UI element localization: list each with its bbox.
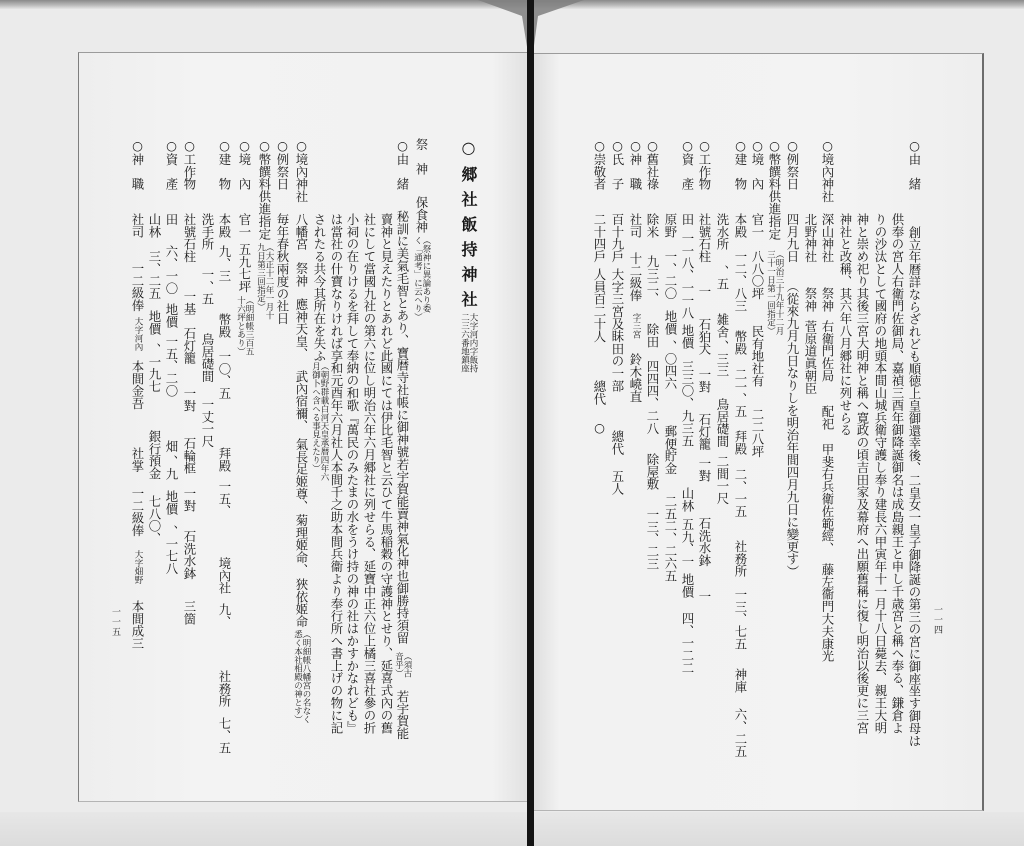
asset-type: 畑	[165, 440, 178, 452]
subsidiary-shrine-row: 北野神社 祭神 菅原道眞朝臣	[804, 0, 817, 846]
structure-name: 石洗水鉢	[183, 530, 196, 580]
deity-label: 祭神	[821, 287, 834, 312]
shrine-name: 深山神社	[821, 213, 834, 263]
note-line: 悉く本社相殿の神とす）	[293, 630, 302, 724]
building-name: 社務所	[734, 540, 747, 577]
page-number-right: 一一四	[932, 605, 942, 635]
history-line: 供奉の宮人右衛門佐御局、嘉禎三酉年御降誕御名は成島親王と申し千歳宮と稱へ奉る、鎌…	[891, 213, 904, 734]
field-label-assets: ○資 產	[681, 138, 694, 190]
field-label-history: ○由 緒	[908, 138, 921, 190]
structure-name: 石輪框	[183, 437, 196, 474]
representatives-label: 總代	[611, 430, 624, 455]
history-note: （朝野群載白河天皇承暦四年六 月御卜へ含へる事見えたり）	[311, 362, 328, 481]
field-label-festival-day: ○例祭日	[786, 138, 799, 190]
building-area: 六、二五	[734, 708, 747, 758]
history-line: 小祠の在りけるを拜して奉納の和歌『萬民のみたまの水をうけ持の神の社はかすかなれど…	[346, 213, 359, 734]
precincts-row: ○境 內 官一 五九七坪 （明細帳三百五 十六坪とあり）	[238, 0, 251, 846]
field-label-precincts: ○境 內	[751, 138, 764, 190]
building-area: 七、五	[218, 717, 231, 754]
history-column: ○由 緒 秘訓に美氣毛智とあり、寶暦寺社帳に御神號若宇賀能賣神氣化神也御勝持須留…	[396, 0, 409, 846]
history-column: 神と崇め祀り其後三宮大明神と稱へ寛政の頃吉田家及幕府へ出願舊稱に復し明治以後更に…	[856, 0, 869, 846]
shrine-title: ○郷社飯持神社	[459, 138, 477, 316]
parish-area: 大字三宮及眛田の一部	[611, 268, 624, 392]
structure-name: 石狛犬	[698, 318, 711, 355]
building-name: 鳥居礎間	[201, 333, 214, 383]
structure-name: 社號石柱	[698, 213, 711, 263]
field-label-assets: ○資 產	[165, 138, 178, 190]
building-area: 九、三	[218, 245, 231, 282]
asset-type: 地價	[681, 324, 694, 349]
asset-type: 山林	[148, 213, 161, 238]
representatives-label: 總代	[593, 380, 606, 405]
festival-date: 四月九日	[786, 213, 799, 263]
structure-name: 石洗水鉢	[698, 517, 711, 567]
land-area: 八八〇坪	[751, 250, 764, 300]
asset-value: 六、一〇	[165, 245, 178, 295]
priest-residence: 大字畑野	[133, 550, 142, 584]
stipend-type: 除田	[646, 323, 659, 348]
building-area: 一〇、五	[218, 350, 231, 400]
co-deity-name: 藤左衞門大夫康光	[821, 563, 834, 662]
structures-row: ○工作物 社號石柱 一 石狛犬 一對 石灯籠 一對 石洗水鉢 一	[698, 0, 711, 846]
history-column: ○由 緒 創立年暦詳ならざれども順徳上皇御還幸後、二皇女一皇子御降誕の第三の宮に…	[908, 0, 921, 846]
representatives-count: ○	[593, 420, 606, 435]
book-spine	[527, 0, 534, 846]
building-name: 境內社	[218, 557, 231, 594]
building-name: 幣殿	[734, 330, 747, 355]
priests-row: ○神 職 社司 一二級俸 大字河內 本間金吾 社掌 一二級俸 大字畑野 本間成三	[131, 0, 144, 846]
field-label-precincts: ○境 內	[238, 138, 251, 190]
history-column: は當社の什寶なりければ享和元酉年六月社人本間千之助本間兵衞より奉行所へ書上げの物…	[330, 0, 343, 846]
deity-label: 祭神	[804, 287, 817, 312]
history-column: 社にして當國九社の第六に位し明治六年六月郷社に列せらる、延寶中正六位上橘三喜社參…	[363, 0, 376, 846]
structure-name: 社號石柱	[183, 213, 196, 263]
structure-count: 一對	[183, 487, 196, 512]
building-name: 拜殿	[734, 430, 747, 455]
field-label-priests: ○神 職	[629, 138, 642, 190]
building-area: 九、	[218, 603, 231, 628]
field-label-subsidiary-shrines: ○境內神社	[295, 138, 308, 203]
building-area: 二間一尺	[716, 455, 729, 505]
book-spread-scan: 一一四 ○由 緒 創立年暦詳ならざれども順徳上皇御還幸後、二皇女一皇子御降誕の第…	[0, 0, 1024, 846]
buildings-row: ○建 物 本殿 九、三 幣殿 一〇、五 拜殿 一五、 境內社 九、 社務所 七、…	[218, 0, 231, 846]
history-line: 神と崇め祀り其後三宮大明神と稱へ寛政の頃吉田家及幕府へ出願舊稱に復し明治以後更に…	[856, 213, 869, 734]
deity-name: 右衛門佐局	[821, 320, 834, 382]
building-area: 二、一五	[734, 468, 747, 518]
history-line: は當社の什寶なりければ享和元酉年六月社人本間千之助本間兵衞より奉行所へ書上げの物…	[330, 213, 343, 734]
asset-type: 山林	[681, 487, 694, 512]
assets-row: ○資 產 田 一一八、一一八 地價 三三〇、九三五 山林 五九、一 地價 四、一…	[681, 0, 694, 846]
deity-name: 菊理姬命、	[295, 514, 308, 576]
note-line: 十六坪とあり）	[236, 296, 245, 356]
field-label-structures: ○工作物	[698, 138, 711, 190]
stipend-value: 九三二、	[646, 255, 659, 305]
subsidiary-shrine-row: ○境內神社 八幡宮 祭神 應神天皇、 武內宿禰、 氣長足姬尊、 菊理姬命、 狹依…	[295, 0, 308, 846]
deity-name: 武內宿禰、	[295, 370, 308, 432]
history-column: りの沙汰として國府の地頭本間山城兵衛守護し奉り建長六甲寅年十一月十八日薨去、親王…	[874, 0, 887, 846]
offering-designation-row: ○幣饌料供進指定 （大正十二年一月十 九日第三回指定）	[258, 0, 271, 846]
priest-grade: 一二級俸	[131, 487, 144, 537]
land-type: 官一	[238, 213, 251, 238]
building-name: 洗手所	[201, 213, 214, 250]
land-type: 官一	[751, 213, 764, 238]
subsidiary-shrine-note: （明細帳八幡宮の名なく 悉く本社相殿の神とす）	[293, 630, 310, 724]
history-line: 賣神と見えたりとあれど此國にては伊比毛智と云ひて牛馬稲穀の守護神とせり、延喜式內…	[380, 213, 393, 734]
asset-value: 、〇四六	[664, 340, 677, 390]
building-area: 一三、七五	[734, 588, 747, 650]
buildings-row: ○建 物 本殿 一二、八三 幣殿 二一、五 拜殿 二、一五 社務所 一三、七五 …	[734, 0, 747, 846]
note-line: 二三六番地鎮座	[460, 313, 469, 373]
designation-note: （明治三十九年十二月 三十一日第一回指定）	[766, 250, 783, 335]
asset-type: 郵便貯金	[664, 425, 677, 475]
building-name: 幣殿	[218, 313, 231, 338]
building-area: 、五	[716, 265, 729, 290]
festival-date: 毎年春秋兩度の社日	[276, 213, 289, 325]
building-area: 一二、八三	[734, 250, 747, 312]
subsidiary-shrine-row: ○境內神社 深山神社 祭神 右衛門佐局 配祀 甲斐右兵衛佐範經、 藤左衞門大夫康…	[821, 0, 834, 846]
deity-name: 菅原道眞朝臣	[804, 320, 817, 394]
offering-designation-row: ○幣饌料供進指定 （明治三十九年十二月 三十一日第一回指定）	[768, 0, 781, 846]
land-area: 五九七坪	[238, 243, 251, 293]
page-number-left: 一一五	[110, 607, 120, 637]
deity-name: 應神天皇、	[295, 298, 308, 360]
building-name: 本殿	[218, 213, 231, 238]
field-label-deity: 祭 神	[415, 138, 428, 175]
member-count: 人員百二十人	[593, 268, 606, 342]
deity-name: 保食神	[415, 196, 428, 233]
co-deity-name: 甲斐右兵衛佐範經、	[821, 443, 834, 555]
asset-value: 一一八、一一八	[681, 232, 694, 319]
deity-label: 祭神	[295, 262, 308, 287]
history-line: されたる共今其所在を失ふ	[313, 213, 326, 362]
field-label-parishioners: ○氏 子	[611, 138, 624, 190]
history-column: 神社と改稱、其六年八月郷社に列せらる	[839, 0, 852, 846]
structure-count: 一對	[183, 387, 196, 412]
deity-row: 祭 神 保食神 （祭神に異論あり委 く「通考」に云へり）	[415, 0, 428, 846]
building-area: 二一、五	[734, 368, 747, 418]
history-column: 賣神と見えたりとあれど此國にては伊比毛智と云ひて牛馬稲穀の守護神とせり、延喜式內…	[380, 0, 393, 846]
field-label-worshippers: ○崇敬者	[593, 138, 606, 190]
asset-value: 一、二〇	[664, 250, 677, 300]
household-count: 二十四戶	[593, 213, 606, 263]
asset-value: 三、二五	[148, 250, 161, 300]
building-name: 神庫	[734, 668, 747, 693]
asset-type: 地價	[664, 310, 677, 335]
festival-note: （從來九月九日なりしを明治年間四月九日に變更す）	[786, 280, 799, 578]
note-line: く「通考」に云へり）	[413, 236, 422, 321]
asset-value: 七八〇、	[148, 495, 161, 545]
stipend-type: 除米	[646, 213, 659, 238]
shrine-name: 八幡宮	[295, 213, 308, 250]
structure-name: 石灯籠	[183, 327, 196, 364]
field-label-buildings: ○建 物	[218, 138, 231, 190]
asset-type: 地價	[148, 310, 161, 335]
history-line: 創立年暦詳ならざれども順徳上皇御還幸後、二皇女一皇子御降誕の第三の宮に御座坐す御…	[908, 226, 921, 747]
asset-value: 一五、二〇	[165, 335, 178, 397]
shrine-name: 北野神社	[804, 213, 817, 263]
festival-day-row: ○例祭日 四月九日 （從來九月九日なりしを明治年間四月九日に變更す）	[786, 0, 799, 846]
precincts-note: （明細帳三百五 十六坪とあり）	[236, 296, 253, 356]
building-name: 本殿	[734, 213, 747, 238]
field-label-structures: ○工作物	[183, 138, 196, 190]
field-label-buildings: ○建 物	[734, 138, 747, 190]
building-area: 、三三	[716, 340, 729, 377]
assets-row: 山林 三、二五 地價 、一九七 銀行預金 七八〇、	[148, 0, 161, 846]
note-line: 月御卜へ含へる事見えたり）	[311, 362, 320, 481]
structure-count: 一	[698, 285, 711, 297]
asset-value: 三三〇、九三五	[681, 360, 694, 447]
field-label-subsidiary-shrines: ○境內神社	[821, 138, 834, 203]
building-area: 一丈一尺	[201, 398, 214, 448]
building-name: 拜殿	[218, 447, 231, 472]
parishioners-row: ○氏 子 百十九戶 大字三宮及眛田の一部 總代 五人	[611, 0, 624, 846]
priest-name: 鈴木嶢直	[629, 353, 642, 403]
building-area: 一、五	[201, 268, 214, 305]
priest-title: 社司	[131, 213, 144, 238]
priest-residence: 字三宮	[631, 313, 640, 339]
asset-value: 、一九七	[148, 343, 161, 393]
worshippers-row: ○崇敬者 二十四戶 人員百二十人 總代 ○	[593, 0, 606, 846]
history-column: 小祠の在りけるを拜して奉納の和歌『萬民のみたまの水をうけ持の神の社はかすかなれど…	[346, 0, 359, 846]
deity-note: （祭神に異論あり委 く「通考」に云へり）	[413, 236, 430, 321]
priest-grade: 一二級俸	[131, 262, 144, 312]
stipend-value: 四四四、二八	[646, 360, 659, 434]
asset-type: 銀行預金	[148, 430, 161, 480]
asset-type: 田	[681, 213, 694, 225]
representatives-count: 五人	[611, 470, 624, 495]
assets-row: ○資 產 田 六、一〇 地價 一五、二〇 畑 、九 地價 、一七八	[165, 0, 178, 846]
building-name: 洗水所	[716, 213, 729, 250]
building-name: 鳥居礎間	[716, 398, 729, 448]
structure-count: 一	[698, 590, 711, 602]
history-line: りの沙汰として國府の地頭本間山城兵衛守護し奉り建長六甲寅年十一月十八日薨去、親王…	[874, 213, 887, 734]
stipend-type: 除屋敷	[646, 453, 659, 490]
deity-name: 狹依姬命	[295, 578, 308, 628]
priest-title: 社掌	[131, 447, 144, 472]
field-label-former-stipend: ○舊社祿	[646, 138, 659, 190]
note-line: 音乎）	[394, 652, 403, 678]
buildings-row: 洗水所 、五 雑舍 、三三 鳥居礎間 二間一尺	[716, 0, 729, 846]
field-label-offering-designation: ○幣饌料供進指定	[768, 138, 781, 240]
asset-type: 地價	[165, 490, 178, 515]
assets-row: 原野 一、二〇 地價 、〇四六 郵便貯金 二五二、二六五	[664, 0, 677, 846]
asset-value: 四、一二二	[681, 612, 694, 674]
deity-name: 氣長足姬尊、	[295, 438, 308, 512]
structure-count: 一對	[698, 457, 711, 482]
field-label-offering-designation: ○幣饌料供進指定	[258, 138, 271, 240]
asset-type: 地價	[165, 303, 178, 328]
priests-row: ○神 職 社司 十二級俸 字三宮 鈴木嶢直	[629, 0, 642, 846]
asset-type: 原野	[664, 213, 677, 238]
former-stipend-row: ○舊社祿 除米 九三二、 除田 四四四、二八 除屋敷 一三、二三	[646, 0, 659, 846]
note-line: 三十一日第一回指定）	[766, 250, 775, 335]
field-label-festival-day: ○例祭日	[276, 138, 289, 190]
history-line: 若宇賀能	[396, 690, 409, 740]
shrine-location-note: 大字河内字飯持 二三六番地鎮座	[460, 313, 477, 373]
building-name: 雑舍	[716, 313, 729, 338]
history-column: 供奉の宮人右衛門佐御局、嘉禎三酉年御降誕御名は成島親王と申し千歳宮と稱へ奉る、鎌…	[891, 0, 904, 846]
field-label-history: ○由 緒	[396, 138, 409, 190]
structures-row: ○工作物 社號石柱 一基 石灯籠 一對 石輪框 一對 石洗水鉢 三箇	[183, 0, 196, 846]
asset-value: 、一七八	[165, 525, 178, 575]
history-line: 社にして當國九社の第六に位し明治六年六月郷社に列せらる、延寶中正六位上橘三喜社參…	[363, 213, 376, 734]
festival-day-row: ○例祭日 毎年春秋兩度の社日	[276, 0, 289, 846]
asset-value: 二五二、二六五	[664, 495, 677, 582]
land-type: 民有地社有	[751, 325, 764, 387]
field-label-priests: ○神 職	[131, 138, 144, 190]
history-line: 秘訓に美氣毛智とあり、寶暦寺社帳に御神號若宇賀能賣神氣化神也御勝持須留	[396, 210, 409, 644]
history-line: 神社と改稱、其六年八月郷社に列せらる	[839, 213, 852, 436]
building-area: 一五、	[218, 480, 231, 517]
priest-residence: 大字河內	[133, 317, 142, 351]
structure-count: 一對	[698, 368, 711, 393]
history-note: （須古 音乎）	[394, 652, 411, 678]
precincts-row: ○境 內 官一 八八〇坪 民有地社有 二二八坪	[751, 0, 764, 846]
asset-type: 地價	[681, 573, 694, 598]
note-line: 九日第三回指定）	[256, 243, 265, 320]
land-area: 二二八坪	[751, 408, 764, 458]
structure-count: 一基	[183, 290, 196, 315]
asset-value: 五九、一	[681, 518, 694, 568]
building-name: 社務所	[218, 670, 231, 707]
structure-count: 三箇	[183, 600, 196, 625]
buildings-row: 洗手所 一、五 鳥居礎間 一丈一尺	[201, 0, 214, 846]
history-column: されたる共今其所在を失ふ （朝野群載白河天皇承暦四年六 月御卜へ含へる事見えたり…	[313, 0, 326, 846]
designation-note: （大正十二年一月十 九日第三回指定）	[256, 243, 273, 320]
household-count: 百十九戶	[611, 213, 624, 263]
priest-title: 社司	[629, 213, 642, 238]
structure-name: 石灯籠	[698, 413, 711, 450]
priest-name: 本間金吾	[131, 360, 144, 410]
co-deity-label: 配祀	[821, 405, 834, 430]
priest-grade: 十二級俸	[629, 252, 642, 302]
asset-value: 、九	[165, 455, 178, 480]
priest-name: 本間成三	[131, 600, 144, 650]
stipend-value: 一三、二三	[646, 508, 659, 570]
asset-type: 田	[165, 213, 178, 225]
